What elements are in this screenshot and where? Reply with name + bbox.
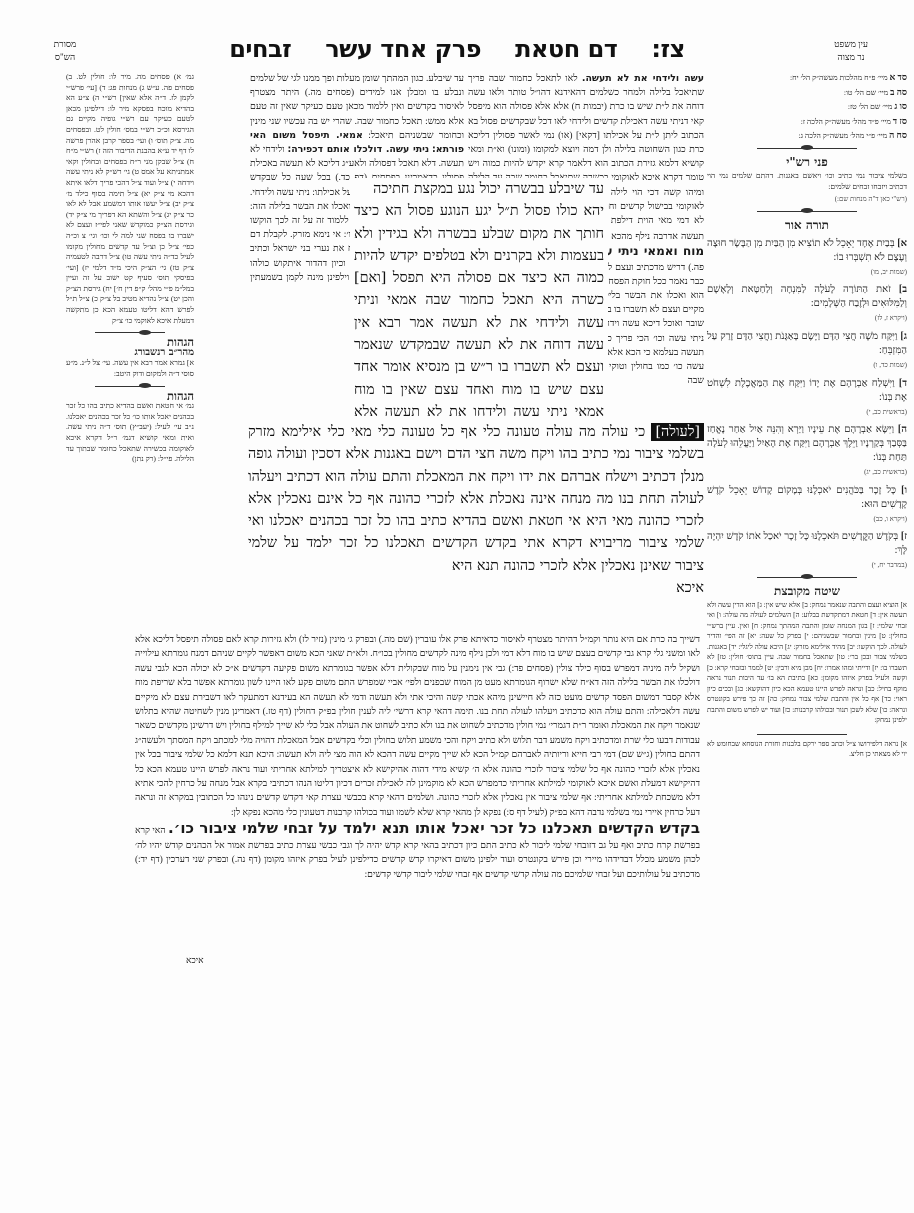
verse-text: וַיִּשְׁלַח אַבְרָהָם אֶת יָדוֹ וַיִּקַּ… (707, 378, 907, 403)
verse-source: (במדבר יח, י) (707, 560, 907, 571)
page-title: צז: דם חטאת פרק אחד עשר זבחים (160, 32, 754, 66)
verse-source: (ויקרא ז, לז) (707, 313, 907, 324)
torah-or-verse: ו] כָּל זָכָר בַּכֹּהֲנִים יֹאכְלֶנּוּ ב… (707, 484, 907, 525)
bottom-tosafot-block: דשייך בה כרת אם היא נותר וקמ״ל דהיתר מצט… (135, 632, 700, 881)
verse-letter: ה] (898, 424, 907, 435)
verse-letter: ג] (900, 331, 907, 342)
hagahot-bach-text: א] גמרא אמר רבא אין עשה. עי׳ צל ל״נ. מ״ע… (66, 358, 194, 379)
page-number: צז: (651, 32, 684, 66)
torah-or-title: תורה אור (707, 216, 907, 234)
verse-text: כָּל זָכָר בַּכֹּהֲנִים יֹאכְלֶנּוּ בְּמ… (707, 485, 907, 510)
verse-text: בְּבַיִת אֶחָד יֵאָכֵל לֹא תוֹצִיא מִן ה… (707, 238, 907, 263)
item-text: מיי׳ שם הל׳ טז: (848, 102, 893, 111)
boxed-word: [לעולה] (651, 423, 704, 441)
item-text: מיי׳ שם הל׳ טו: (844, 88, 888, 97)
torah-or-verse: ב] זֹאת הַתּוֹרָה לָעֹלָה לַמִּנְחָה וְל… (707, 283, 907, 324)
item-text: מיי׳ פ״ח מהלכות מעשה״ק הל׳ יח: (790, 73, 888, 82)
ein-mishpat-column: סד א מיי׳ פ״ח מהלכות מעשה״ק הל׳ יח: סה ב… (707, 72, 907, 760)
ornament-divider (66, 332, 194, 333)
tosafot-dibur: עשה ולידחי את לא תעשה. (582, 73, 704, 84)
mesoret-label: מסורת הש"ס (20, 38, 110, 64)
verse-text: בְּקֹדֶשׁ הַקֳּדָשִׁים תֹּאכְלֶנּוּ כָּל… (707, 531, 907, 556)
ornament-divider (707, 577, 907, 578)
hagahot-text: גמ׳ אי חטאת ואשם בהדיא כתיב בהו כל זכר ב… (66, 401, 194, 465)
verse-source: (שמות כד, ו) (707, 360, 907, 371)
ein-mishpat-label-1: עין משפט (806, 38, 896, 51)
ornament-divider (707, 148, 907, 149)
shita-mekubetzet-title: שיטה מקובצת (707, 582, 907, 600)
gemara-text-2: כי עולה מה עולה טעונה כלי אף כל טעונה כל… (248, 424, 704, 574)
torah-or-verse: ד] וַיִּשְׁלַח אַבְרָהָם אֶת יָדוֹ וַיִּ… (707, 377, 907, 418)
ornament-divider (707, 211, 907, 212)
ein-mishpat-item: סה ב מיי׳ שם הל׳ טו: (707, 87, 907, 99)
verse-source: (בראשית כב, יג) (707, 467, 907, 478)
ein-mishpat-label-2: נר מצוה (806, 51, 896, 64)
torah-or-verse: ה] וַיִּשָּׂא אַבְרָהָם אֶת עֵינָיו וַיַ… (707, 423, 907, 478)
verse-source: (ויקרא ו, כב) (707, 514, 907, 525)
mesoret-label-2: הש"ס (20, 51, 110, 64)
title-part-3: זבחים (229, 32, 291, 66)
mesoret-label-1: מסורת (20, 38, 110, 51)
verse-text: וַיִּשָּׂא אַבְרָהָם אֶת עֵינָיו וַיַּרְ… (707, 424, 907, 463)
ein-mishpat-label: עין משפט נר מצוה (806, 38, 896, 64)
pnei-rashi-title: פני רש"י (707, 153, 907, 171)
verse-letter: ז] (901, 531, 907, 542)
verse-source: (שמות יב, מו) (707, 267, 907, 278)
torah-or-verse: ז] בְּקֹדֶשׁ הַקֳּדָשִׁים תֹּאכְלֶנּוּ כ… (707, 530, 907, 571)
gemara-last-word: איכא (248, 577, 704, 599)
shita-mekubetzet-text: א] הוציא ועצם והתבה שנאמר נמחק: ב] אלא ש… (707, 600, 907, 726)
mesoret-hashas-column: גמ׳ א) פסחים מה. מיר לו: חולין לט. ב) פס… (66, 72, 194, 465)
ein-mishpat-item: סז ד מיי׳ פ״ד מהל׳ מעשה״ק הלכה ז: (707, 116, 907, 128)
pnei-rashi-text: בשלמי ציבור נמי כתיב וכו׳ ויאשם באגנות. … (707, 171, 907, 192)
rashi-dibur-2: ניתי עשה. דולכלו אותם דכפירה: (287, 144, 429, 155)
footnote-rule (757, 734, 847, 735)
bottom-dibur-final: בקדש הקדשים תאכלנו כל זכר יאכל אותו תנא … (168, 819, 700, 837)
ein-mishpat-item: סח ה מיי׳ פ״י מהל׳ מעשה״ק הלכה ג: (707, 130, 907, 142)
ein-mishpat-item: סד א מיי׳ פ״ח מהלכות מעשה״ק הל׳ יח: (707, 72, 907, 84)
gemara-text-wide: [לעולה] כי עולה מה עולה טעונה כלי אף כל … (248, 421, 704, 599)
torah-or-verse: ג] וַיִּקַּח מֹשֶׁה חֲצִי הַדָּם וַיָּשֶ… (707, 330, 907, 371)
page-header: עין משפט נר מצוה צז: דם חטאת פרק אחד עשר… (0, 32, 914, 66)
pnei-rashi-source: (רש"י כאן ד"ה מנחות שם:) (707, 194, 907, 205)
verse-letter: ד] (899, 378, 907, 389)
item-letter: סז ד (893, 116, 907, 126)
ein-mishpat-item: סו ג מיי׳ שם הל׳ טז: (707, 101, 907, 113)
item-letter: סה ב (890, 87, 907, 97)
shita-footnote: א] נראה דלפירושו צ״ל וכתב ספר ירקם בלבנו… (707, 739, 907, 760)
item-letter: סד א (890, 72, 907, 82)
verse-text: וַיִּקַּח מֹשֶׁה חֲצִי הַדָּם וַיָּשֶׂם … (707, 331, 907, 356)
item-letter: סו ג (894, 101, 907, 111)
catchword: איכא (186, 955, 204, 965)
torah-or-verse: א] בְּבַיִת אֶחָד יֵאָכֵל לֹא תוֹצִיא מִ… (707, 237, 907, 278)
verse-letter: ב] (899, 284, 907, 295)
gemara-lead: עד שיבלע בבשרה יכול נגע במקצת חתיכה (354, 178, 604, 200)
verse-letter: ו] (901, 485, 907, 496)
item-text: מיי׳ פ״י מהל׳ מעשה״ק הלכה ג: (798, 131, 887, 140)
ornament-divider (66, 386, 194, 387)
verse-letter: א] (897, 238, 907, 249)
verse-source: (בראשית כב, י) (707, 407, 907, 418)
item-letter: סח ה (889, 130, 907, 140)
hagahot-title: הגהות (66, 391, 194, 402)
verse-text: זֹאת הַתּוֹרָה לָעֹלָה לַמִּנְחָה וְלַחַ… (707, 284, 907, 309)
bottom-tosafot-text: דשייך בה כרת אם היא נותר וקמ״ל דהיתר מצט… (135, 634, 700, 817)
mesoret-text: גמ׳ א) פסחים מה. מיר לו: חולין לט. ב) פס… (66, 72, 194, 325)
title-part-1: דם חטאת (515, 32, 617, 66)
title-part-2: פרק אחד עשר (325, 32, 481, 66)
hagahot-bach-subtitle: מהר״ב רנשבורג (66, 348, 194, 359)
item-text: מיי׳ פ״ד מהל׳ מעשה״ק הלכה ז: (801, 117, 891, 126)
